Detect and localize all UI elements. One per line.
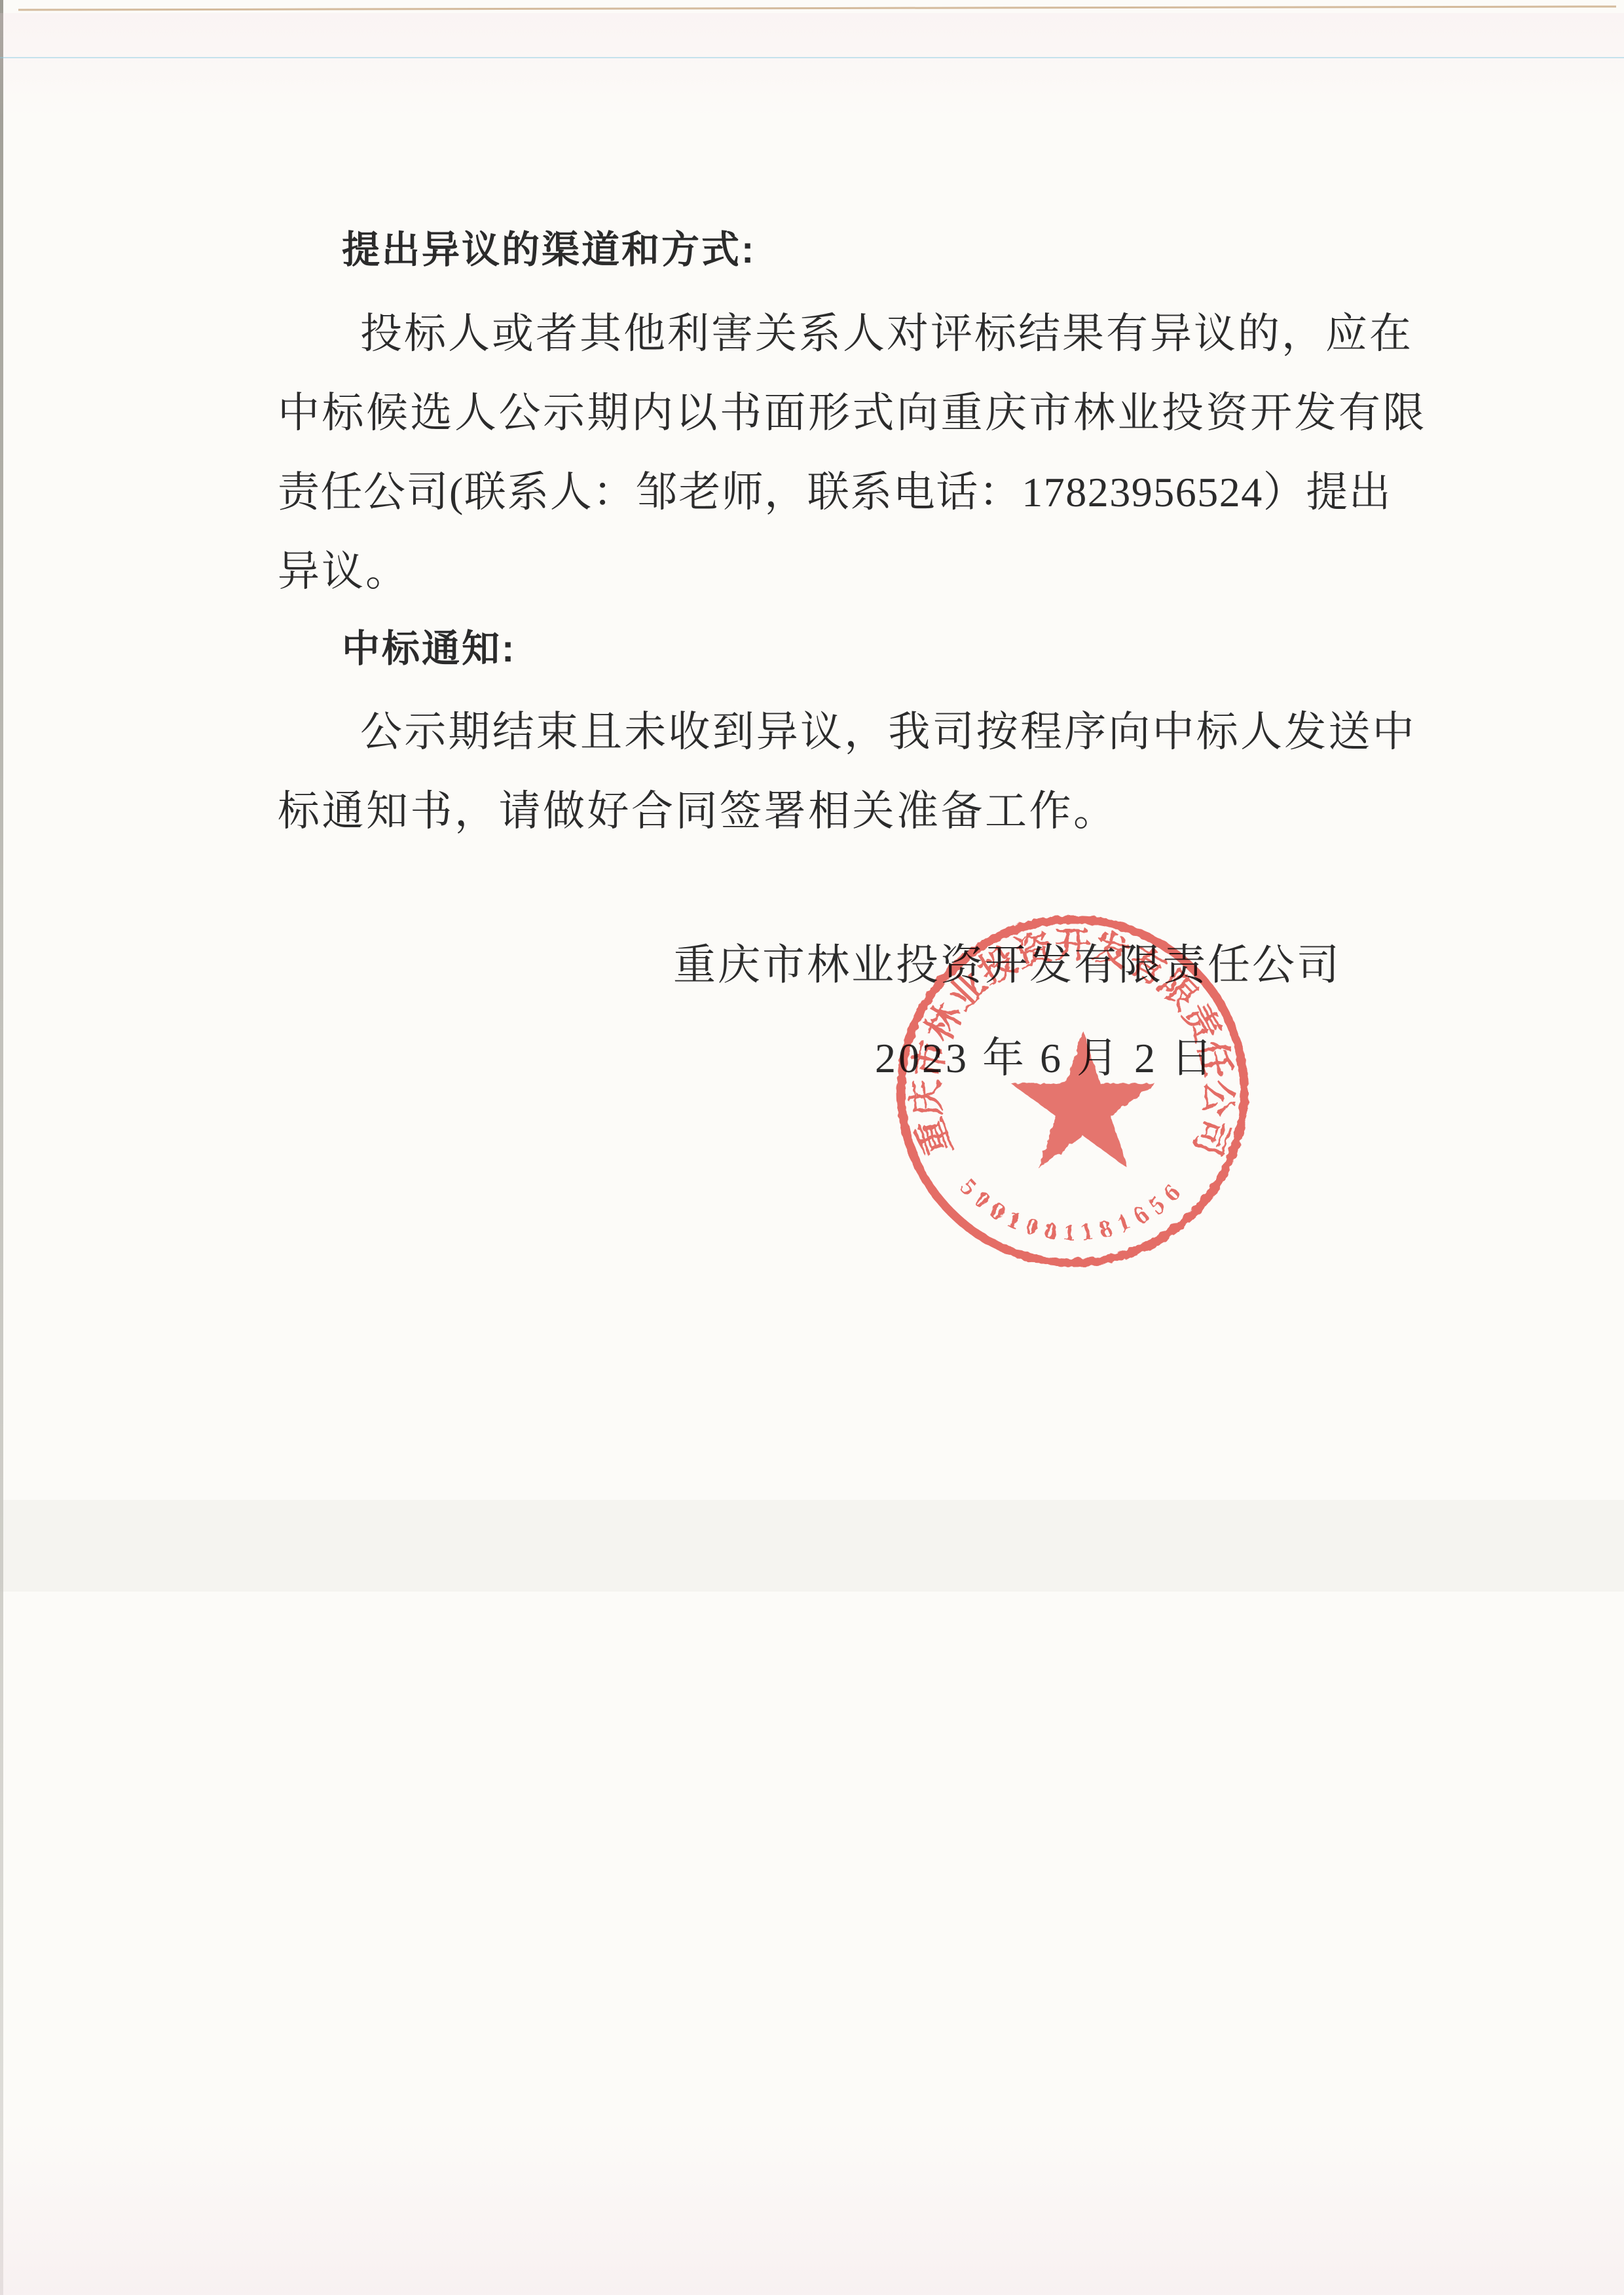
body-line: 中标候选人公示期内以书面形式向重庆市林业投资开发有限 [278, 391, 1427, 435]
body-line: 异议。 [278, 550, 409, 593]
scan-tint-bottom [0, 2122, 1624, 2295]
section1-heading: 提出异议的渠道和方式: [342, 231, 756, 271]
seal-code-text: 5001001181656 [955, 1174, 1191, 1246]
body-line: 责任公司(联系人：邹老师，联系电话：17823956524）提出 [278, 470, 1392, 514]
document-page: 提出异议的渠道和方式: 投标人或者其他利害关系人对评标结果有异议的，应在 中标候… [0, 0, 1624, 2295]
body-line: 标通知书，请做好合同签署相关准备工作。 [278, 789, 1118, 833]
body-line: 公示期结束且未收到异议，我司按程序向中标人发送中 [360, 710, 1416, 754]
scan-edge-top [18, 5, 1616, 10]
body-line: 投标人或者其他利害关系人对评标结果有异议的，应在 [360, 312, 1413, 356]
scan-band-middle [0, 1500, 1624, 1592]
seal-star [1011, 1031, 1156, 1168]
scan-edge-left [0, 0, 3, 2295]
company-seal: 重庆市林业投资开发有限责任公司 5001001181656 [892, 910, 1253, 1272]
scan-tint-top [0, 13, 1624, 118]
scan-line-artifact [0, 57, 1624, 58]
section2-heading: 中标通知: [342, 629, 516, 669]
